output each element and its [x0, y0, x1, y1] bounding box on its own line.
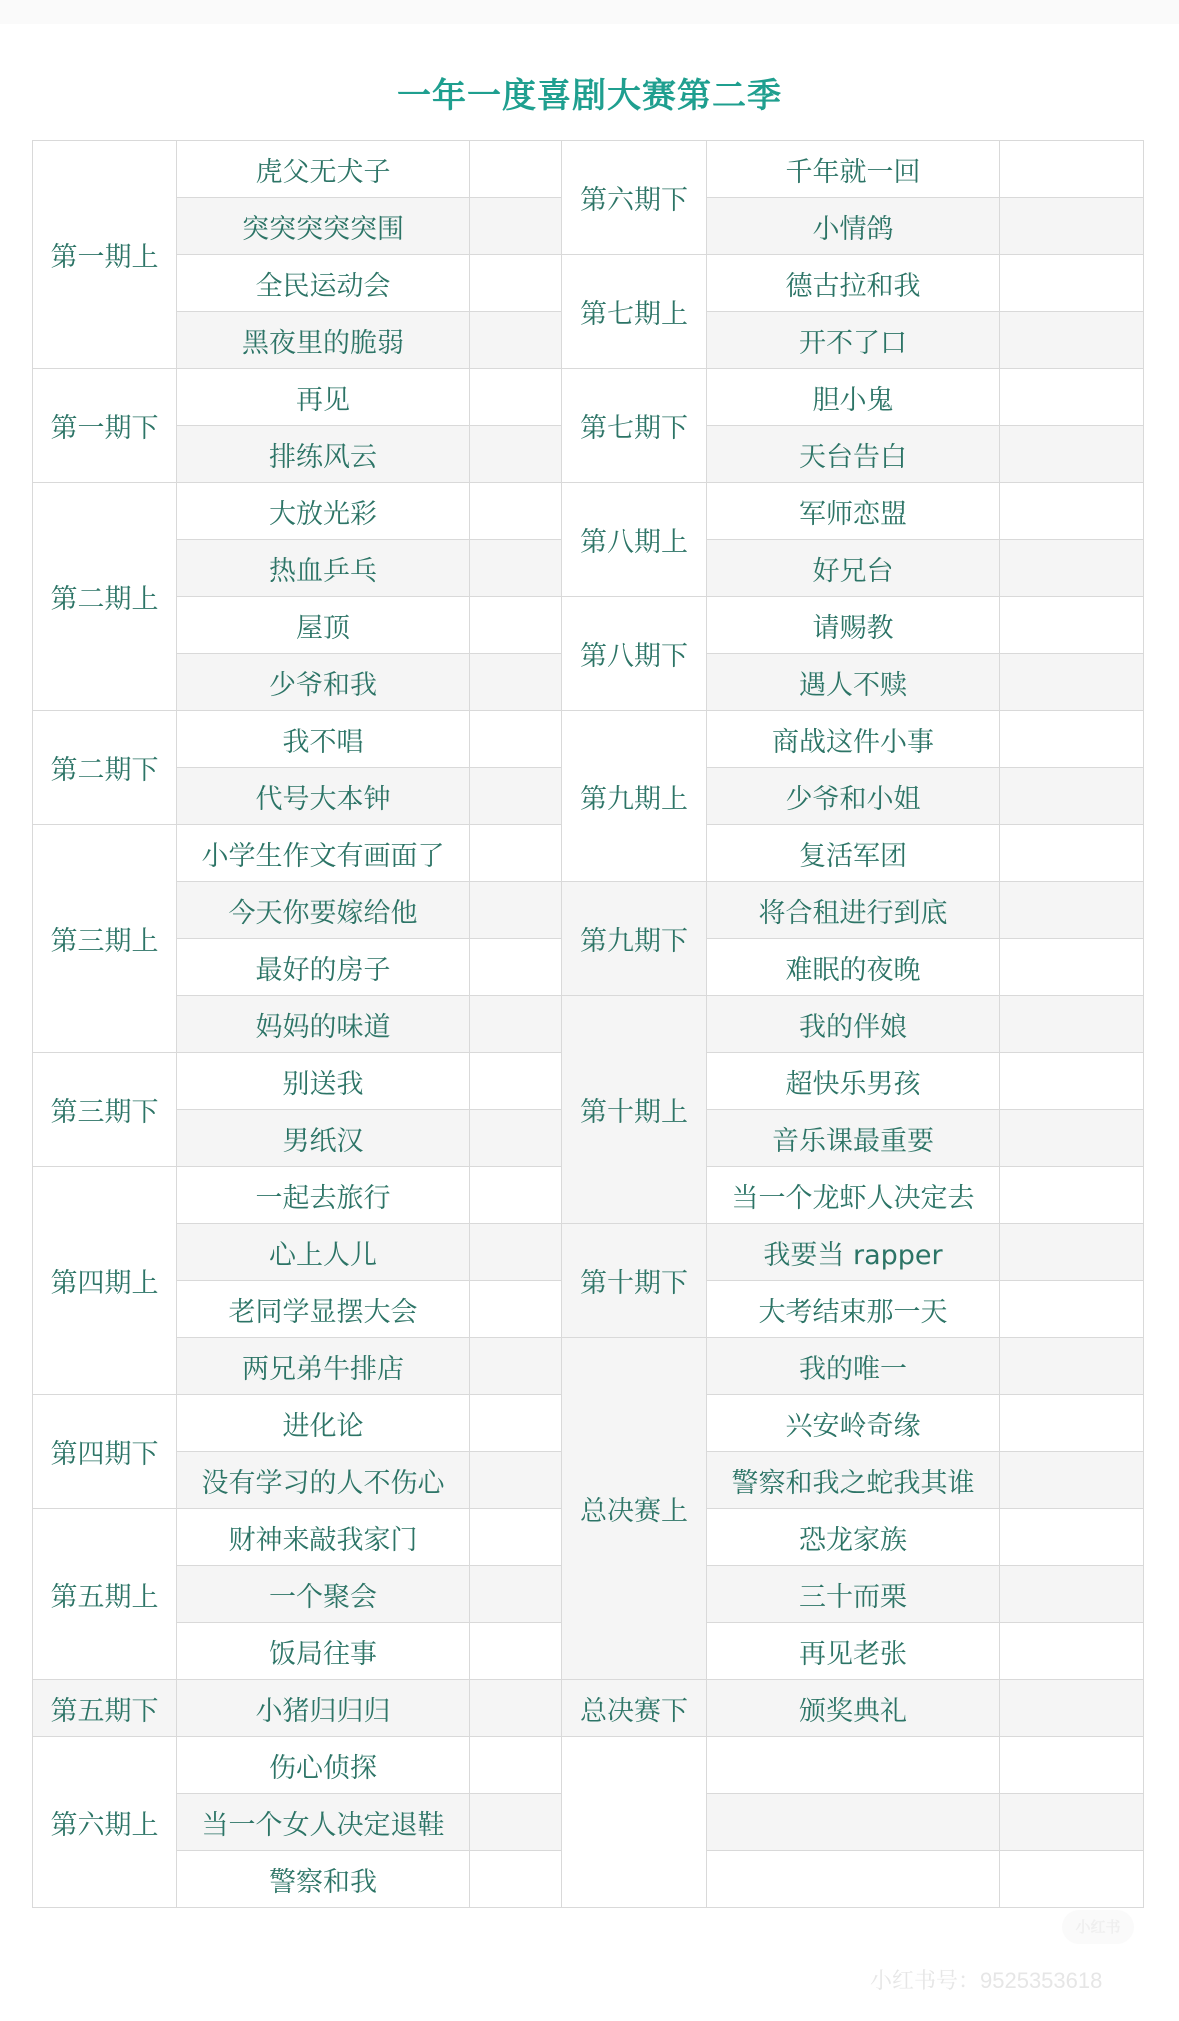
right-blank-cell — [1000, 1452, 1144, 1509]
left-sketch-cell: 代号大本钟 — [177, 768, 470, 825]
table-row: 第一期上虎父无犬子第六期下千年就一回 — [33, 141, 1144, 198]
right-blank-cell — [1000, 369, 1144, 426]
right-sketch-cell: 小情鸽 — [707, 198, 1000, 255]
right-blank-cell — [1000, 1338, 1144, 1395]
left-blank-cell — [470, 597, 562, 654]
right-blank-cell — [1000, 312, 1144, 369]
right-sketch-cell — [707, 1851, 1000, 1908]
left-blank-cell — [470, 939, 562, 996]
left-sketch-cell: 心上人儿 — [177, 1224, 470, 1281]
left-episode-cell: 第六期上 — [33, 1737, 177, 1908]
left-blank-cell — [470, 1224, 562, 1281]
right-blank-cell — [1000, 882, 1144, 939]
left-sketch-cell: 我不唱 — [177, 711, 470, 768]
left-sketch-cell: 一起去旅行 — [177, 1167, 470, 1224]
watermark: 小红书号：9525353618 — [870, 1964, 1102, 1995]
right-episode-cell: 第九期上 — [562, 711, 707, 882]
left-sketch-cell: 小猪归归归 — [177, 1680, 470, 1737]
right-sketch-cell: 颁奖典礼 — [707, 1680, 1000, 1737]
right-sketch-cell: 超快乐男孩 — [707, 1053, 1000, 1110]
left-sketch-cell: 进化论 — [177, 1395, 470, 1452]
left-sketch-cell: 虎父无犬子 — [177, 141, 470, 198]
left-episode-cell: 第一期上 — [33, 141, 177, 369]
right-sketch-cell: 音乐课最重要 — [707, 1110, 1000, 1167]
right-blank-cell — [1000, 483, 1144, 540]
left-blank-cell — [470, 1680, 562, 1737]
right-episode-cell: 第六期下 — [562, 141, 707, 255]
left-blank-cell — [470, 654, 562, 711]
page-title: 一年一度喜剧大赛第二季 — [0, 74, 1179, 118]
left-episode-cell: 第五期下 — [33, 1680, 177, 1737]
right-blank-cell — [1000, 597, 1144, 654]
right-sketch-cell: 我要当 rapper — [707, 1224, 1000, 1281]
left-blank-cell — [470, 1338, 562, 1395]
left-blank-cell — [470, 369, 562, 426]
right-sketch-cell: 千年就一回 — [707, 141, 1000, 198]
right-sketch-cell: 兴安岭奇缘 — [707, 1395, 1000, 1452]
right-blank-cell — [1000, 540, 1144, 597]
right-episode-cell: 第十期下 — [562, 1224, 707, 1338]
right-blank-cell — [1000, 1281, 1144, 1338]
left-sketch-cell: 两兄弟牛排店 — [177, 1338, 470, 1395]
left-sketch-cell: 财神来敲我家门 — [177, 1509, 470, 1566]
right-episode-cell: 总决赛上 — [562, 1338, 707, 1680]
right-sketch-cell: 难眠的夜晚 — [707, 939, 1000, 996]
left-sketch-cell: 排练风云 — [177, 426, 470, 483]
left-sketch-cell: 没有学习的人不伤心 — [177, 1452, 470, 1509]
right-blank-cell — [1000, 1224, 1144, 1281]
table-row: 全民运动会第七期上德古拉和我 — [33, 255, 1144, 312]
right-blank-cell — [1000, 1167, 1144, 1224]
left-blank-cell — [470, 882, 562, 939]
right-blank-cell — [1000, 1053, 1144, 1110]
right-sketch-cell: 大考结束那一天 — [707, 1281, 1000, 1338]
right-blank-cell — [1000, 1737, 1144, 1794]
right-sketch-cell: 少爷和小姐 — [707, 768, 1000, 825]
left-blank-cell — [470, 996, 562, 1053]
right-blank-cell — [1000, 255, 1144, 312]
right-episode-cell: 第七期上 — [562, 255, 707, 369]
right-episode-cell: 第七期下 — [562, 369, 707, 483]
right-sketch-cell: 天台告白 — [707, 426, 1000, 483]
right-sketch-cell: 我的唯一 — [707, 1338, 1000, 1395]
right-episode-cell — [562, 1737, 707, 1908]
right-sketch-cell: 当一个龙虾人决定去 — [707, 1167, 1000, 1224]
right-episode-cell: 第八期下 — [562, 597, 707, 711]
left-blank-cell — [470, 1452, 562, 1509]
table-row: 第五期下小猪归归归总决赛下颁奖典礼 — [33, 1680, 1144, 1737]
left-sketch-cell: 妈妈的味道 — [177, 996, 470, 1053]
left-blank-cell — [470, 1110, 562, 1167]
table-row: 第一期下再见第七期下胆小鬼 — [33, 369, 1144, 426]
left-blank-cell — [470, 711, 562, 768]
right-episode-cell: 第十期上 — [562, 996, 707, 1224]
left-blank-cell — [470, 1623, 562, 1680]
right-blank-cell — [1000, 1680, 1144, 1737]
right-blank-cell — [1000, 654, 1144, 711]
left-sketch-cell: 男纸汉 — [177, 1110, 470, 1167]
right-sketch-cell: 开不了口 — [707, 312, 1000, 369]
left-episode-cell: 第三期上 — [33, 825, 177, 1053]
left-episode-cell: 第二期上 — [33, 483, 177, 711]
left-sketch-cell: 饭局往事 — [177, 1623, 470, 1680]
right-blank-cell — [1000, 1110, 1144, 1167]
left-episode-cell: 第四期上 — [33, 1167, 177, 1395]
right-episode-cell: 第八期上 — [562, 483, 707, 597]
right-sketch-cell: 三十而栗 — [707, 1566, 1000, 1623]
right-sketch-cell: 我的伴娘 — [707, 996, 1000, 1053]
left-blank-cell — [470, 312, 562, 369]
left-sketch-cell: 伤心侦探 — [177, 1737, 470, 1794]
left-blank-cell — [470, 1851, 562, 1908]
left-blank-cell — [470, 1737, 562, 1794]
left-sketch-cell: 突突突突突围 — [177, 198, 470, 255]
right-sketch-cell: 恐龙家族 — [707, 1509, 1000, 1566]
left-sketch-cell: 热血乒乓 — [177, 540, 470, 597]
right-blank-cell — [1000, 1566, 1144, 1623]
left-sketch-cell: 黑夜里的脆弱 — [177, 312, 470, 369]
left-sketch-cell: 今天你要嫁给他 — [177, 882, 470, 939]
left-blank-cell — [470, 1794, 562, 1851]
left-blank-cell — [470, 1509, 562, 1566]
right-blank-cell — [1000, 768, 1144, 825]
right-sketch-cell: 请赐教 — [707, 597, 1000, 654]
right-blank-cell — [1000, 198, 1144, 255]
table-row: 两兄弟牛排店总决赛上我的唯一 — [33, 1338, 1144, 1395]
left-blank-cell — [470, 1566, 562, 1623]
right-blank-cell — [1000, 1851, 1144, 1908]
table-row: 第六期上伤心侦探 — [33, 1737, 1144, 1794]
right-sketch-cell: 军师恋盟 — [707, 483, 1000, 540]
left-sketch-cell: 当一个女人决定退鞋 — [177, 1794, 470, 1851]
right-blank-cell — [1000, 825, 1144, 882]
right-sketch-cell: 好兄台 — [707, 540, 1000, 597]
left-blank-cell — [470, 483, 562, 540]
left-episode-cell: 第五期上 — [33, 1509, 177, 1680]
right-blank-cell — [1000, 711, 1144, 768]
left-sketch-cell: 大放光彩 — [177, 483, 470, 540]
left-sketch-cell: 小学生作文有画面了 — [177, 825, 470, 882]
left-episode-cell: 第四期下 — [33, 1395, 177, 1509]
table-row: 屋顶第八期下请赐教 — [33, 597, 1144, 654]
right-episode-cell: 总决赛下 — [562, 1680, 707, 1737]
left-blank-cell — [470, 426, 562, 483]
right-sketch-cell: 再见老张 — [707, 1623, 1000, 1680]
table-row: 今天你要嫁给他第九期下将合租进行到底 — [33, 882, 1144, 939]
table-row: 心上人儿第十期下我要当 rapper — [33, 1224, 1144, 1281]
left-blank-cell — [470, 198, 562, 255]
left-sketch-cell: 最好的房子 — [177, 939, 470, 996]
left-blank-cell — [470, 255, 562, 312]
right-episode-cell: 第九期下 — [562, 882, 707, 996]
right-blank-cell — [1000, 1794, 1144, 1851]
left-episode-cell: 第三期下 — [33, 1053, 177, 1167]
right-blank-cell — [1000, 1395, 1144, 1452]
left-blank-cell — [470, 1167, 562, 1224]
left-blank-cell — [470, 1281, 562, 1338]
right-sketch-cell: 警察和我之蛇我其谁 — [707, 1452, 1000, 1509]
left-episode-cell: 第二期下 — [33, 711, 177, 825]
right-blank-cell — [1000, 1623, 1144, 1680]
right-sketch-cell: 复活军团 — [707, 825, 1000, 882]
left-sketch-cell: 再见 — [177, 369, 470, 426]
top-strip — [0, 0, 1179, 24]
left-blank-cell — [470, 1395, 562, 1452]
table-row: 第二期下我不唱第九期上商战这件小事 — [33, 711, 1144, 768]
right-sketch-cell: 将合租进行到底 — [707, 882, 1000, 939]
table-row: 第二期上大放光彩第八期上军师恋盟 — [33, 483, 1144, 540]
right-sketch-cell: 遇人不赎 — [707, 654, 1000, 711]
left-blank-cell — [470, 768, 562, 825]
left-sketch-cell: 一个聚会 — [177, 1566, 470, 1623]
left-sketch-cell: 警察和我 — [177, 1851, 470, 1908]
right-blank-cell — [1000, 1509, 1144, 1566]
left-sketch-cell: 少爷和我 — [177, 654, 470, 711]
right-sketch-cell: 德古拉和我 — [707, 255, 1000, 312]
episode-sketch-table: 第一期上虎父无犬子第六期下千年就一回突突突突突围小情鸽全民运动会第七期上德古拉和… — [32, 140, 1144, 1908]
left-blank-cell — [470, 825, 562, 882]
left-sketch-cell: 屋顶 — [177, 597, 470, 654]
xiaohongshu-logo-icon: 小红书 — [1062, 1910, 1134, 1944]
left-blank-cell — [470, 141, 562, 198]
left-sketch-cell: 别送我 — [177, 1053, 470, 1110]
left-blank-cell — [470, 1053, 562, 1110]
right-blank-cell — [1000, 141, 1144, 198]
table-row: 妈妈的味道第十期上我的伴娘 — [33, 996, 1144, 1053]
left-episode-cell: 第一期下 — [33, 369, 177, 483]
right-sketch-cell: 胆小鬼 — [707, 369, 1000, 426]
left-blank-cell — [470, 540, 562, 597]
right-blank-cell — [1000, 939, 1144, 996]
right-sketch-cell: 商战这件小事 — [707, 711, 1000, 768]
left-sketch-cell: 老同学显摆大会 — [177, 1281, 470, 1338]
right-sketch-cell — [707, 1737, 1000, 1794]
right-blank-cell — [1000, 426, 1144, 483]
left-sketch-cell: 全民运动会 — [177, 255, 470, 312]
right-blank-cell — [1000, 996, 1144, 1053]
right-sketch-cell — [707, 1794, 1000, 1851]
